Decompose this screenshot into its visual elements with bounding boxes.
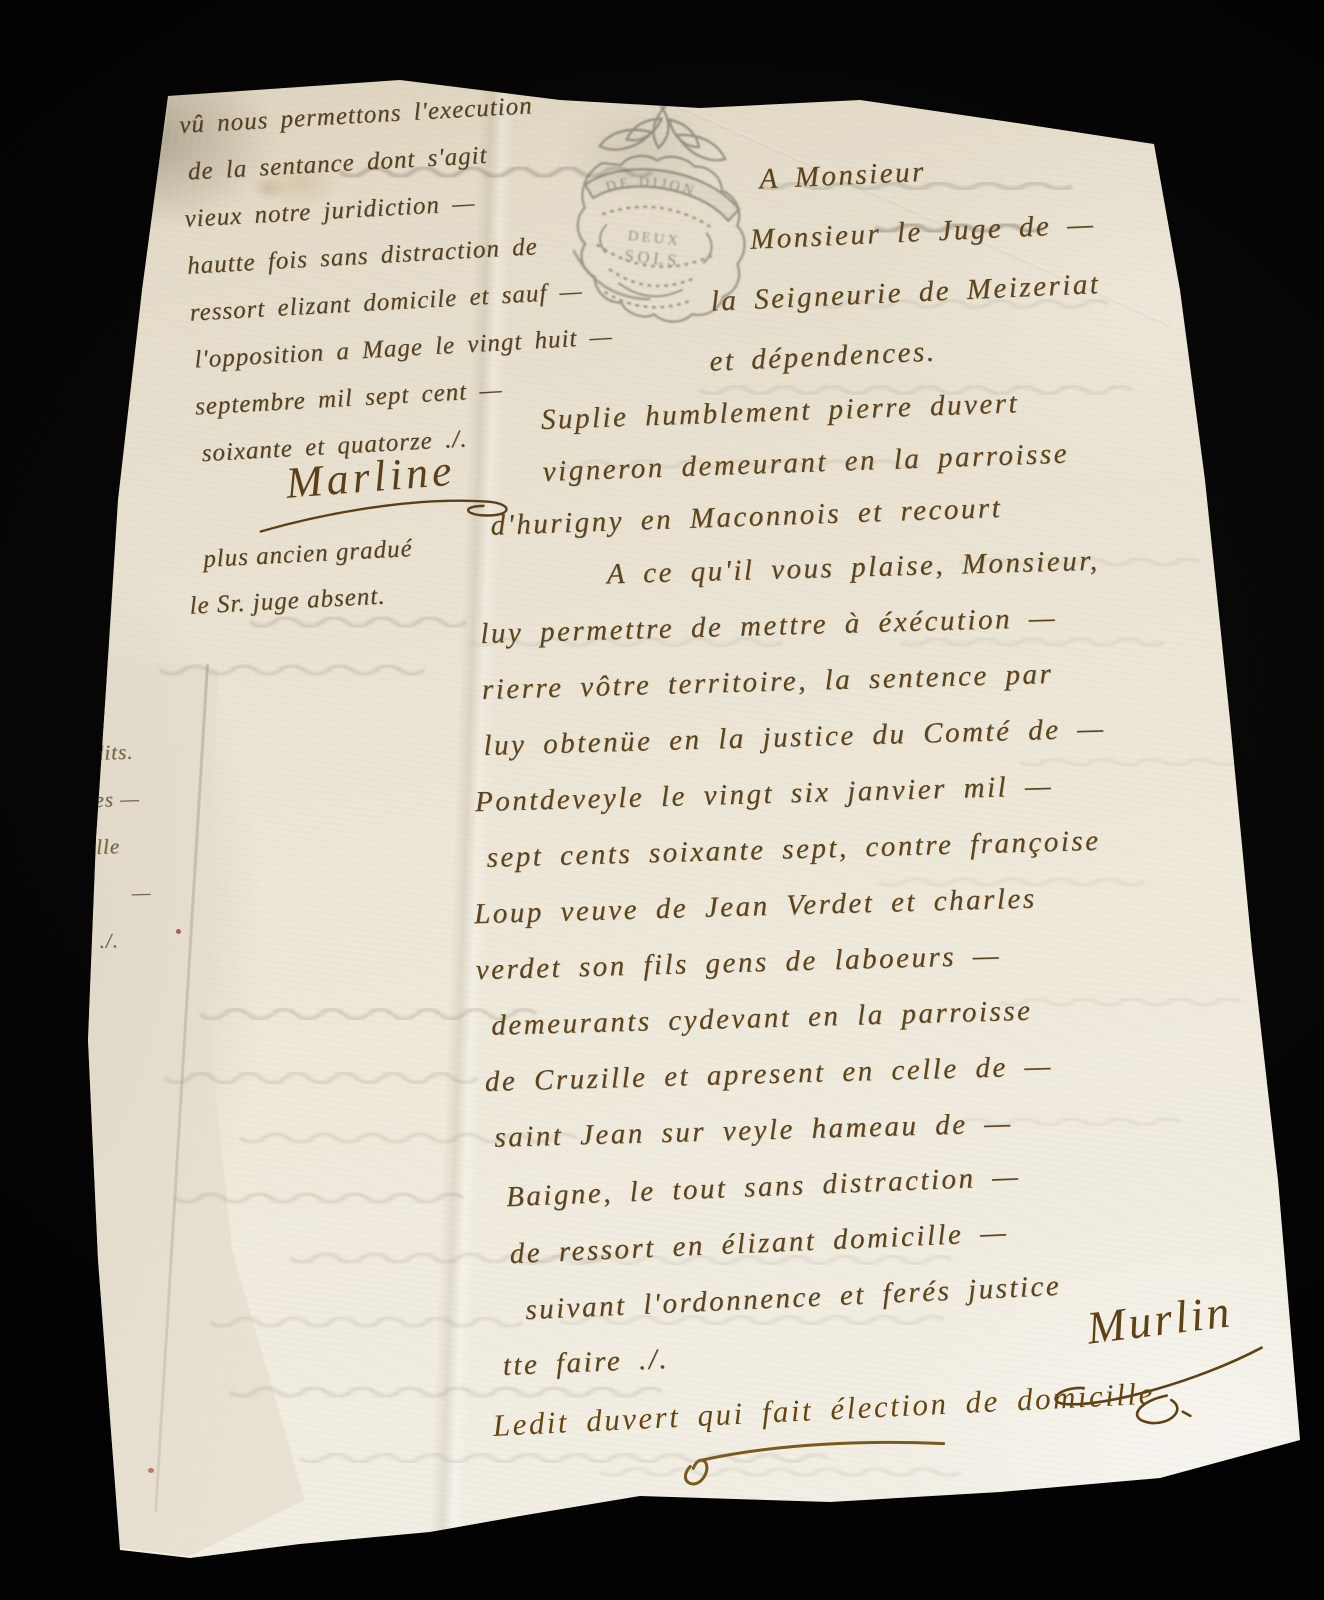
- bottom-flourish: [667, 1423, 969, 1493]
- address-block: A MonsieurMonsieur le Juge de —la Seigne…: [700, 134, 1104, 392]
- manuscript-line: ./.: [99, 916, 154, 965]
- ghost-writing-mark: [300, 1454, 828, 1462]
- ghost-writing-mark: [600, 1468, 960, 1476]
- red-ink-speck: [176, 929, 181, 934]
- stamp-plume: [652, 105, 671, 148]
- manuscript-line: —: [131, 869, 152, 917]
- petition-block: A ce qu'il vous plaise, Monsieur,luy per…: [478, 533, 1123, 1390]
- plea-block: Suplie humblement pierre duvertvigneron …: [540, 376, 1072, 550]
- manuscript-line: lle: [95, 822, 150, 871]
- manuscript-page: DE DIJON DEUX SOLS vû nous permettons l'…: [0, 0, 1324, 1600]
- ghost-writing-mark: [160, 666, 424, 675]
- photo-background: DE DIJON DEUX SOLS vû nous permettons l'…: [0, 0, 1324, 1600]
- manuscript-line: dits.: [92, 728, 147, 777]
- red-ink-speck: [148, 1468, 154, 1473]
- manuscript-line: es —: [94, 775, 149, 824]
- ghost-writing-mark: [175, 1194, 463, 1203]
- margin-fragments: dits.es —lle—./.: [92, 728, 154, 965]
- left-subscript-block: plus ancien graduéle Sr. juge absent.: [202, 526, 416, 629]
- ghost-writing-mark: [210, 1318, 522, 1327]
- flap-crease-line: [154, 664, 209, 1513]
- ghost-writing-mark: [165, 1073, 477, 1083]
- ghost-writing-mark: [200, 1009, 536, 1019]
